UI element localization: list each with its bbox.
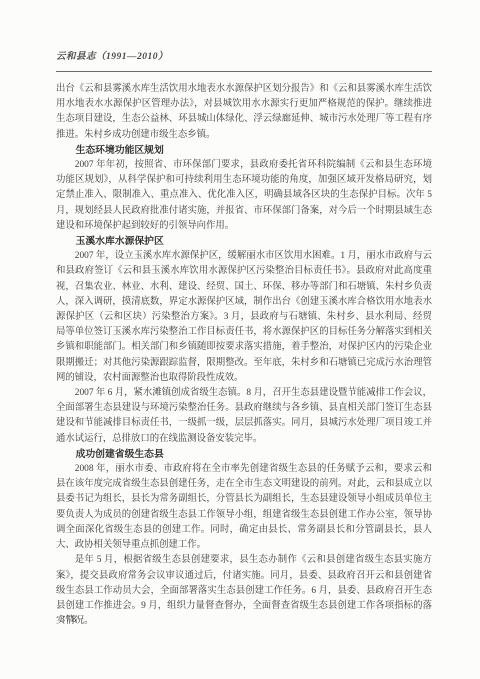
section-heading-yuxi-reservoir: 玉溪水库水源保护区 (56, 234, 432, 249)
running-header-title: 云和县志（1991—2010） (56, 52, 168, 62)
book-page: 云和县志（1991—2010） 出台《云和县雾溪水库生活饮用水地表水水源保护区划… (0, 0, 480, 679)
running-header: 云和县志（1991—2010） (56, 46, 432, 72)
section-heading-provincial-eco-county: 成功创建省级生态县 (56, 447, 432, 462)
page-number: 378 (60, 615, 77, 625)
page-body: 出台《云和县雾溪水库生活饮用水地表水水源保护区划分报告》和《云和县雾溪水库生活饮… (56, 82, 432, 629)
paragraph: 2007 年，设立玉溪水库水源保护区，缓解丽水市区饮用水困难。1 月，丽水市政府… (56, 249, 432, 386)
paragraph: 2007 年 6 月，紧水滩镇创成省级生态镇。8 月，召开生态县建设暨节能减排工… (56, 386, 432, 447)
paragraph: 2007 年年初，按照省、市环保部门要求，县政府委托省环科院编制《云和县生态环境… (56, 158, 432, 234)
paragraph-continuation: 出台《云和县雾溪水库生活饮用水地表水水源保护区划分报告》和《云和县雾溪水库生活饮… (56, 82, 432, 143)
paragraph: 是年 5 月，根据省级生态县创建要求，县生态办制作《云和县创建省级生态县实施方案… (56, 553, 432, 629)
paragraph: 2008 年，丽水市委、市政府将在全市率先创建省级生态县的任务赋予云和，要求云和… (56, 462, 432, 553)
section-heading-eco-function-zones: 生态环境功能区规划 (56, 143, 432, 158)
